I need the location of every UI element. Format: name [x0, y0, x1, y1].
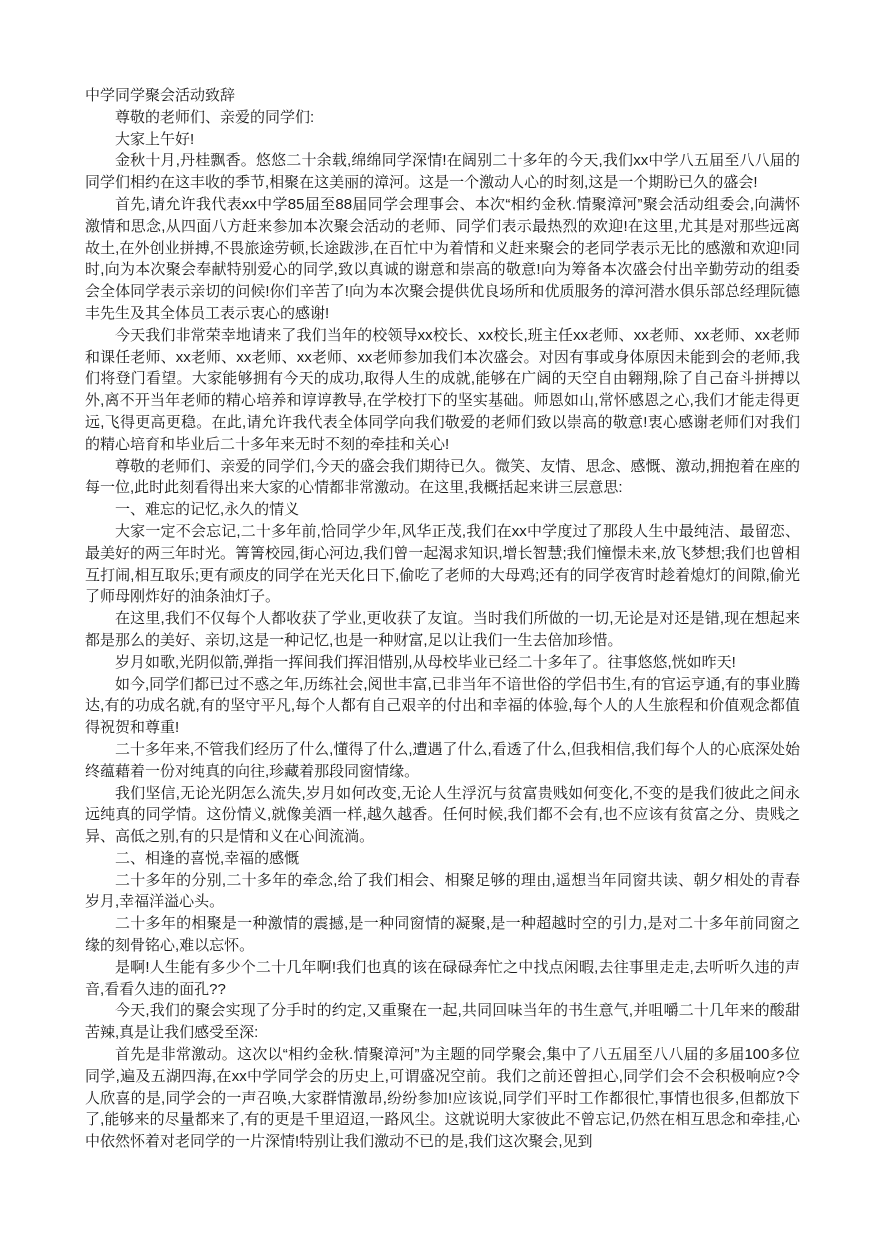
paragraph: 二十多年的分别,二十多年的牵念,给了我们相会、相聚足够的理由,遥想当年同窗共读、…	[85, 870, 800, 914]
paragraph: 今天,我们的聚会实现了分手时的约定,又重聚在一起,共同回味当年的书生意气,并咀嚼…	[85, 1000, 800, 1044]
paragraph: 二十多年来,不管我们经历了什么,懂得了什么,遭遇了什么,看透了什么,但我相信,我…	[85, 739, 800, 783]
section-heading-1: 一、难忘的记忆,永久的情义	[85, 499, 800, 521]
paragraph: 金秋十月,丹桂飘香。悠悠二十余载,绵绵同学深情!在阔别二十多年的今天,我们xx中…	[85, 150, 800, 194]
paragraph: 岁月如歌,光阴似箭,弹指一挥间我们挥泪惜别,从母校毕业已经二十多年了。往事悠悠,…	[85, 652, 800, 674]
document-title: 中学同学聚会活动致辞	[85, 85, 800, 107]
document-page: 中学同学聚会活动致辞 尊敬的老师们、亲爱的同学们:大家上午好!金秋十月,丹桂飘香…	[0, 0, 884, 1250]
paragraph: 二十多年的相聚是一种激情的震撼,是一种同窗情的凝聚,是一种超越时空的引力,是对二…	[85, 913, 800, 957]
paragraph: 首先是非常激动。这次以“相约金秋.情聚漳河”为主题的同学聚会,集中了八五届至八八…	[85, 1044, 800, 1153]
paragraph: 我们坚信,无论光阴怎么流失,岁月如何改变,无论人生浮沉与贫富贵贱如何变化,不变的…	[85, 783, 800, 848]
greeting: 大家上午好!	[85, 129, 800, 151]
paragraph: 首先,请允许我代表xx中学85届至88届同学会理事会、本次“相约金秋.情聚漳河”…	[85, 194, 800, 325]
section-heading-2: 二、相逢的喜悦,幸福的感慨	[85, 848, 800, 870]
paragraph: 今天我们非常荣幸地请来了我们当年的校领导xx校长、xx校长,班主任xx老师、xx…	[85, 325, 800, 456]
paragraph: 在这里,我们不仅每个人都收获了学业,更收获了友谊。当时我们所做的一切,无论是对还…	[85, 608, 800, 652]
paragraph: 如今,同学们都已过不惑之年,历练社会,阅世丰富,已非当年不谙世俗的学侣书生,有的…	[85, 674, 800, 739]
salutation: 尊敬的老师们、亲爱的同学们:	[85, 107, 800, 129]
paragraph: 大家一定不会忘记,二十多年前,恰同学少年,风华正茂,我们在xx中学度过了那段人生…	[85, 521, 800, 608]
document-body: 尊敬的老师们、亲爱的同学们:大家上午好!金秋十月,丹桂飘香。悠悠二十余载,绵绵同…	[85, 107, 800, 1153]
paragraph: 尊敬的老师们、亲爱的同学们,今天的盛会我们期待已久。微笑、友情、思念、感慨、激动…	[85, 456, 800, 500]
paragraph: 是啊!人生能有多少个二十几年啊!我们也真的该在碌碌奔忙之中找点闲暇,去往事里走走…	[85, 957, 800, 1001]
